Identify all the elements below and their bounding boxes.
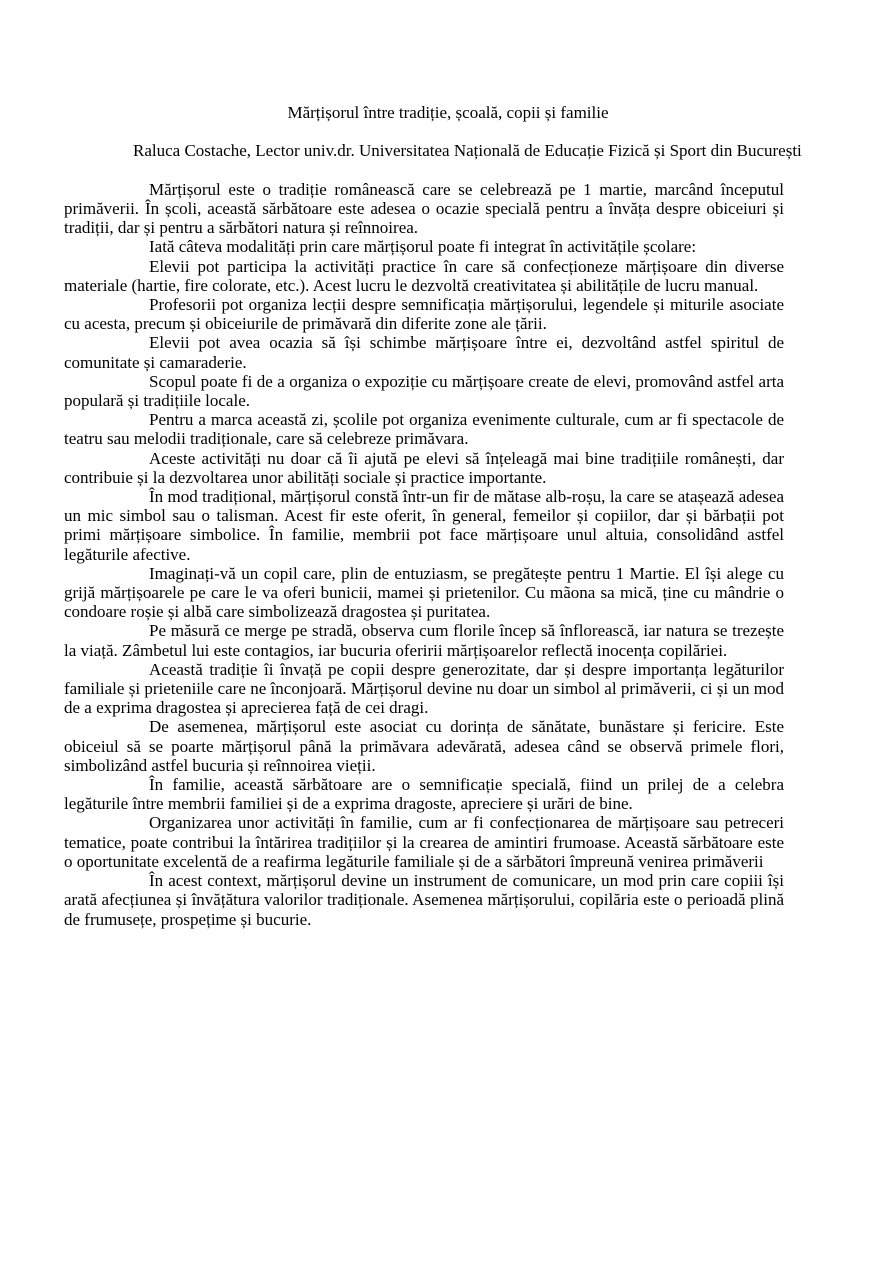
paragraph: Mărțișorul este o tradiție românească ca… [64, 180, 784, 238]
paragraph: Această tradiție îi învață pe copii desp… [64, 660, 784, 718]
paragraph: În familie, această sărbătoare are o sem… [64, 775, 784, 813]
paragraph: Profesorii pot organiza lecții despre se… [64, 295, 784, 333]
paragraph: Elevii pot avea ocazia să își schimbe mă… [64, 333, 784, 371]
paragraph: De asemenea, mărțișorul este asociat cu … [64, 717, 784, 775]
paragraph: Organizarea unor activități în familie, … [64, 813, 784, 871]
paragraph: Pe măsură ce merge pe stradă, observa cu… [64, 621, 784, 659]
paragraph: Elevii pot participa la activități pract… [64, 257, 784, 295]
paragraph: Scopul poate fi de a organiza o expoziți… [64, 372, 784, 410]
paragraph: Pentru a marca această zi, școlile pot o… [64, 410, 784, 448]
paragraph: Imaginați-vă un copil care, plin de entu… [64, 564, 784, 622]
paragraph: În mod tradițional, mărțișorul constă în… [64, 487, 784, 564]
document-page: Mărțișorul între tradiție, școală, copii… [0, 0, 892, 1262]
author-line: Raluca Costache, Lector univ.dr. Univers… [64, 141, 784, 160]
paragraph: În acest context, mărțișorul devine un i… [64, 871, 784, 929]
paragraph: Aceste activități nu doar că îi ajută pe… [64, 449, 784, 487]
document-body: Mărțișorul este o tradiție românească ca… [64, 180, 784, 929]
paragraph: Iată câteva modalități prin care mărțișo… [64, 237, 784, 256]
document-title: Mărțișorul între tradiție, școală, copii… [64, 103, 832, 122]
